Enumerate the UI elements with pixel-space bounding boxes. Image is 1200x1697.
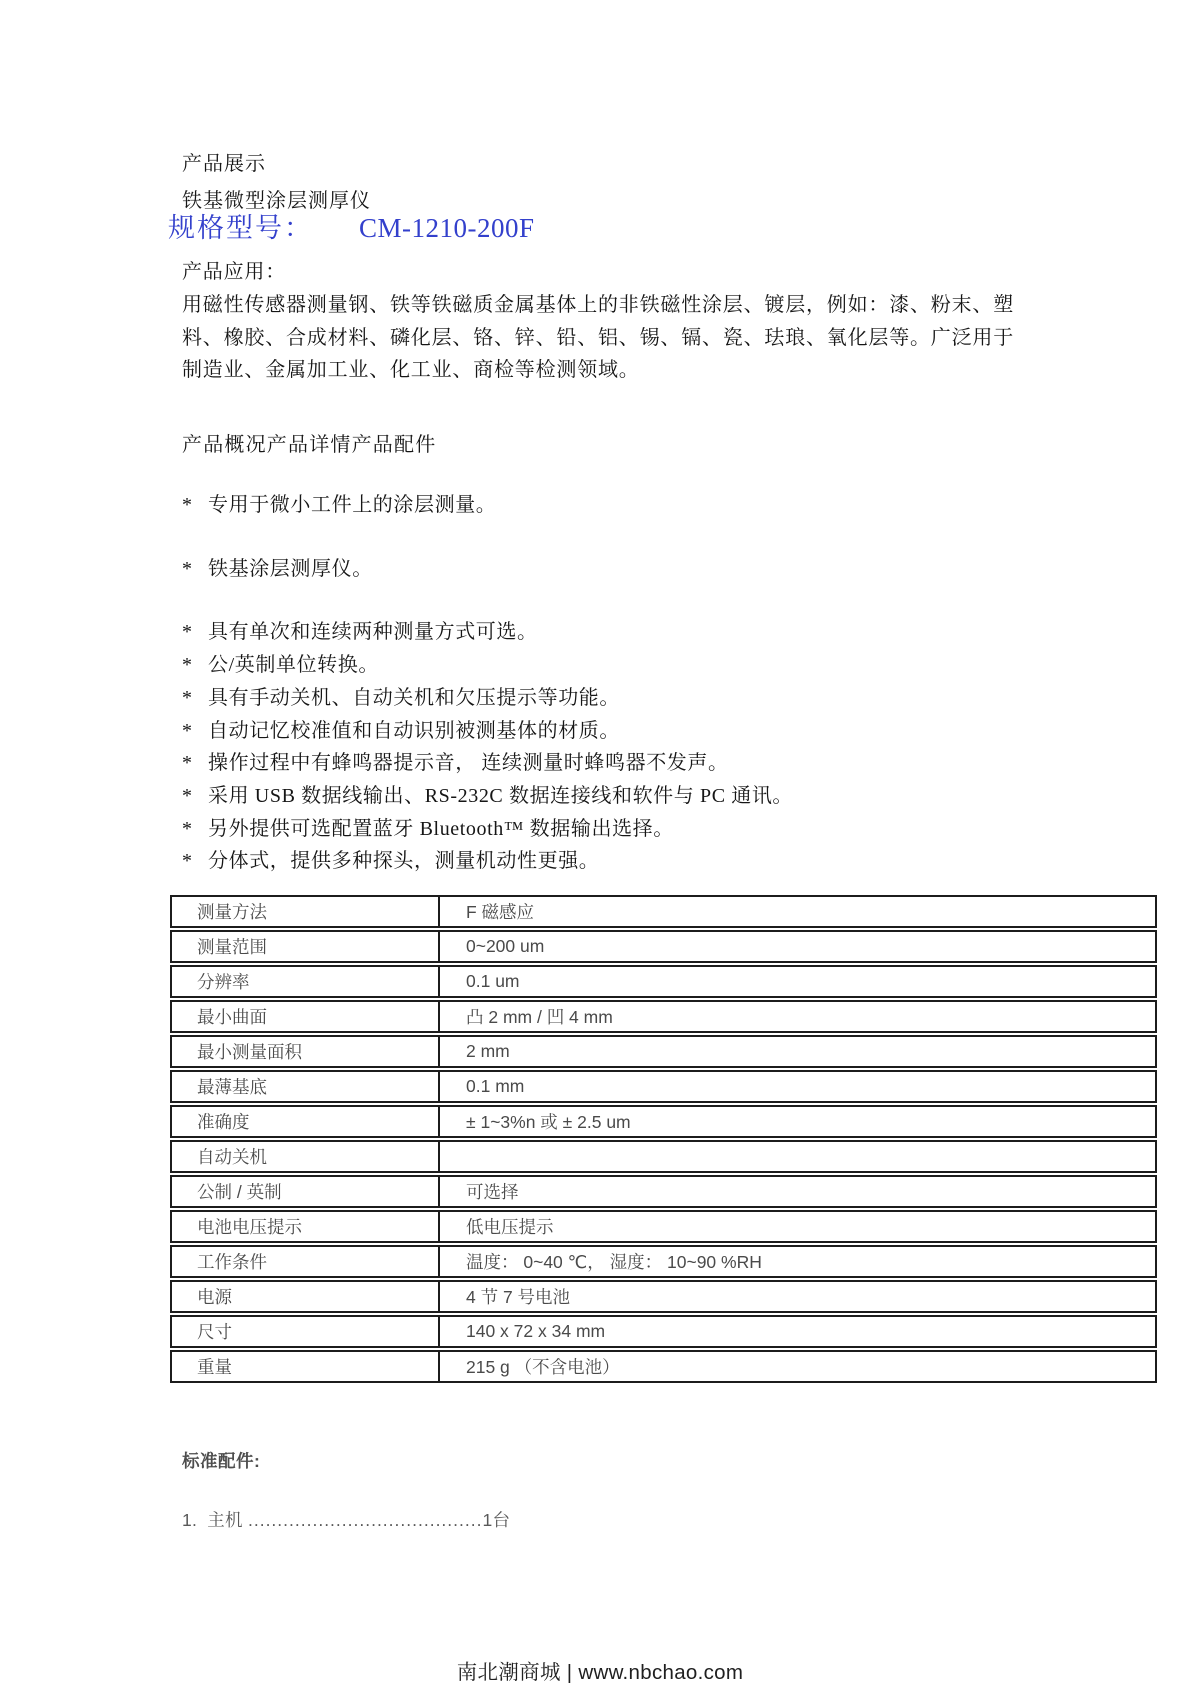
spec-label: 尺寸 [172, 1317, 440, 1346]
spec-value: 140 x 72 x 34 mm [440, 1317, 1155, 1346]
feature-item: * 具有单次和连续两种测量方式可选。 [182, 616, 793, 649]
product-display-line: 产品展示 [182, 146, 371, 183]
feature-list: * 专用于微小工件上的涂层测量。 * 铁基涂层测厚仪。 * 具有单次和连续两种测… [182, 489, 793, 878]
feature-item: * 公/英制单位转换。 [182, 649, 793, 682]
spec-row-min-substrate: 最薄基底 0.1 mm [170, 1070, 1157, 1103]
bullet-marker: * [182, 489, 208, 522]
spec-model-label: 规格型号： [168, 213, 313, 243]
spec-value: 可选择 [440, 1177, 1155, 1206]
spec-row-measure-method: 测量方法 F 磁感应 [170, 895, 1157, 928]
spec-value: 温度： 0~40 ℃， 湿度： 10~90 %RH [440, 1247, 1155, 1276]
spec-label: 测量范围 [172, 932, 440, 961]
spec-label: 重量 [172, 1352, 440, 1381]
bullet-marker: * [182, 616, 208, 649]
feature-text: 铁基涂层测厚仪。 [208, 553, 373, 586]
feature-text: 公/英制单位转换。 [208, 649, 379, 682]
spec-value: 2 mm [440, 1037, 1155, 1066]
spec-value: F 磁感应 [440, 897, 1155, 926]
feature-text: 分体式，提供多种探头，测量机动性更强。 [208, 845, 599, 878]
spec-row-weight: 重量 215 g （不含电池） [170, 1350, 1157, 1383]
spec-row-power: 电源 4 节 7 号电池 [170, 1280, 1157, 1313]
accessory-dots: ........................................ [248, 1510, 482, 1530]
feature-item: * 专用于微小工件上的涂层测量。 [182, 489, 793, 522]
feature-text: 另外提供可选配置蓝牙 Bluetooth™ 数据输出选择。 [208, 813, 674, 846]
spec-row-min-area: 最小测量面积 2 mm [170, 1035, 1157, 1068]
spec-value: 0.1 mm [440, 1072, 1155, 1101]
spec-value: 215 g （不含电池） [440, 1352, 1155, 1381]
spec-label: 公制 / 英制 [172, 1177, 440, 1206]
accessory-number: 1. [182, 1510, 197, 1530]
spec-value: 4 节 7 号电池 [440, 1282, 1155, 1311]
feature-item: * 操作过程中有蜂鸣器提示音， 连续测量时蜂鸣器不发声。 [182, 747, 793, 780]
feature-item: * 铁基涂层测厚仪。 [182, 553, 793, 586]
spec-row-resolution: 分辨率 0.1 um [170, 965, 1157, 998]
application-line: 制造业、金属加工业、化工业、商检等检测领域。 [182, 354, 1052, 387]
spec-row-auto-off: 自动关机 [170, 1140, 1157, 1173]
spec-model-heading: 规格型号：CM-1210-200F [168, 206, 535, 245]
feature-item: * 具有手动关机、自动关机和欠压提示等功能。 [182, 682, 793, 715]
feature-text: 具有单次和连续两种测量方式可选。 [208, 616, 538, 649]
feature-text: 具有手动关机、自动关机和欠压提示等功能。 [208, 682, 620, 715]
feature-item: * 采用 USB 数据线输出、RS-232C 数据连接线和软件与 PC 通讯。 [182, 780, 793, 813]
spec-value: 凸 2 mm / 凹 4 mm [440, 1002, 1155, 1031]
application-title: 产品应用： [182, 256, 1052, 289]
spec-table: 测量方法 F 磁感应 测量范围 0~200 um 分辨率 0.1 um 最小曲面… [170, 895, 1157, 1385]
bullet-marker: * [182, 845, 208, 878]
spec-label: 测量方法 [172, 897, 440, 926]
feature-item: * 分体式，提供多种探头，测量机动性更强。 [182, 845, 793, 878]
feature-text: 专用于微小工件上的涂层测量。 [208, 489, 496, 522]
spec-label: 最薄基底 [172, 1072, 440, 1101]
bullet-marker: * [182, 553, 208, 586]
feature-text: 操作过程中有蜂鸣器提示音， 连续测量时蜂鸣器不发声。 [208, 747, 729, 780]
bullet-marker: * [182, 682, 208, 715]
spec-value: ± 1~3%n 或 ± 2.5 um [440, 1107, 1155, 1136]
spec-label: 准确度 [172, 1107, 440, 1136]
accessory-qty: 1台 [482, 1510, 510, 1530]
spec-row-work-conditions: 工作条件 温度： 0~40 ℃， 湿度： 10~90 %RH [170, 1245, 1157, 1278]
spec-value: 0.1 um [440, 967, 1155, 996]
spec-label: 自动关机 [172, 1142, 440, 1171]
feature-text: 自动记忆校准值和自动识别被测基体的材质。 [208, 715, 620, 748]
spec-model-number: CM-1210-200F [359, 213, 535, 243]
bullet-marker: * [182, 780, 208, 813]
spec-label: 电源 [172, 1282, 440, 1311]
spec-row-measure-range: 测量范围 0~200 um [170, 930, 1157, 963]
spec-row-metric-imperial: 公制 / 英制 可选择 [170, 1175, 1157, 1208]
spec-label: 最小曲面 [172, 1002, 440, 1031]
application-section: 产品应用： 用磁性传感器测量钢、铁等铁磁质金属基体上的非铁磁性涂层、镀层，例如：… [182, 256, 1052, 387]
spec-label: 工作条件 [172, 1247, 440, 1276]
spec-label: 分辨率 [172, 967, 440, 996]
spec-row-min-curvature: 最小曲面 凸 2 mm / 凹 4 mm [170, 1000, 1157, 1033]
accessories-title: 标准配件: [182, 1448, 260, 1473]
spec-label: 电池电压提示 [172, 1212, 440, 1241]
footer-site-line: 南北潮商城 | www.nbchao.com [0, 1655, 1200, 1685]
feature-item: * 另外提供可选配置蓝牙 Bluetooth™ 数据输出选择。 [182, 813, 793, 846]
bullet-marker: * [182, 747, 208, 780]
application-line: 料、橡胶、合成材料、磷化层、铬、锌、铅、铝、锡、镉、瓷、珐琅、氧化层等。广泛用于 [182, 322, 1052, 355]
accessory-name: 主机 [207, 1510, 243, 1530]
bullet-marker: * [182, 649, 208, 682]
feature-text: 采用 USB 数据线输出、RS-232C 数据连接线和软件与 PC 通讯。 [208, 780, 793, 813]
accessory-item-host: 1.主机 ...................................… [182, 1507, 510, 1532]
spec-value [440, 1142, 1155, 1171]
feature-item: * 自动记忆校准值和自动识别被测基体的材质。 [182, 715, 793, 748]
spec-row-accuracy: 准确度 ± 1~3%n 或 ± 2.5 um [170, 1105, 1157, 1138]
spec-value: 0~200 um [440, 932, 1155, 961]
bullet-marker: * [182, 813, 208, 846]
spec-value: 低电压提示 [440, 1212, 1155, 1241]
overview-tabs-line: 产品概况产品详情产品配件 [182, 428, 436, 457]
spec-row-battery-indicator: 电池电压提示 低电压提示 [170, 1210, 1157, 1243]
application-line: 用磁性传感器测量钢、铁等铁磁质金属基体上的非铁磁性涂层、镀层，例如：漆、粉末、塑 [182, 289, 1052, 322]
spec-label: 最小测量面积 [172, 1037, 440, 1066]
spec-row-dimensions: 尺寸 140 x 72 x 34 mm [170, 1315, 1157, 1348]
bullet-marker: * [182, 715, 208, 748]
